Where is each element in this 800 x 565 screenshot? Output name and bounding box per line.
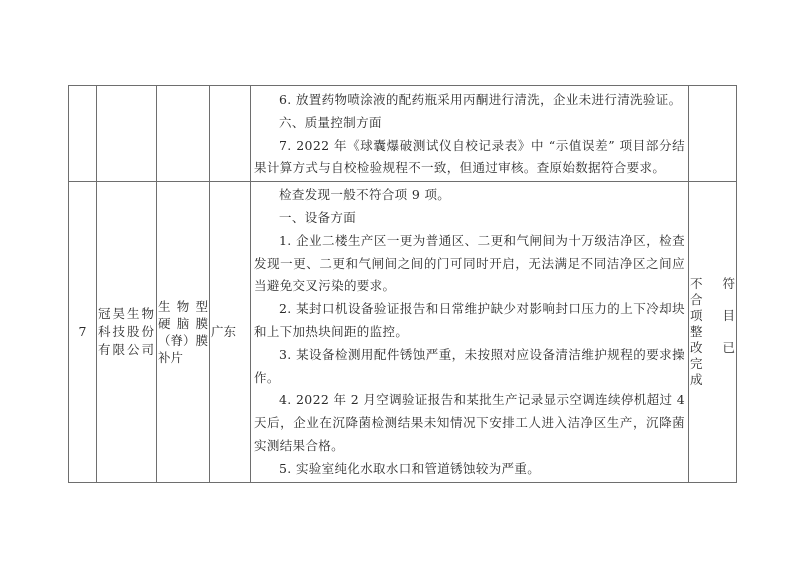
product-line: 生 物 型 [158, 298, 208, 315]
finding-item: 1. 企业二楼生产区一更为普通区、二更和气闸间为十万级洁净区，检查发现一更、二更… [254, 230, 685, 298]
product-line: 补片 [158, 349, 208, 366]
cell-number [69, 86, 97, 182]
finding-item: 7. 2022 年《球囊爆破测试仪自校记录表》中 “示值误差” 项目部分结果计算… [254, 135, 685, 181]
inspection-results-table: 6. 放置药物喷涂液的配药瓶采用丙酮进行清洗，企业未进行清洗验证。 六、质量控制… [68, 85, 737, 483]
status-line: 项 目 整 [690, 308, 735, 340]
status-line: 成 [690, 372, 735, 388]
cell-findings: 检查发现一般不符合项 9 项。 一、设备方面 1. 企业二楼生产区一更为普通区、… [251, 182, 689, 483]
product-line: 硬 脑 膜 [158, 315, 208, 332]
cell-product: 生 物 型 硬 脑 膜 （脊）膜 补片 [157, 182, 210, 483]
finding-section-heading: 一、设备方面 [254, 207, 685, 230]
finding-item: 6. 放置药物喷涂液的配药瓶采用丙酮进行清洗，企业未进行清洗验证。 [254, 89, 685, 112]
finding-section-heading: 六、质量控制方面 [254, 112, 685, 135]
cell-company [97, 86, 157, 182]
cell-status: 不 符 合 项 目 整 改 已 完 成 [689, 182, 737, 483]
status-line: 改 已 完 [690, 340, 735, 372]
product-line: （脊）膜 [158, 332, 208, 349]
finding-item: 3. 某设备检测用配件锈蚀严重，未按照对应设备清洁维护规程的要求操作。 [254, 344, 685, 390]
status-line: 不 符 合 [690, 276, 735, 308]
finding-item: 2. 某封口机设备验证报告和日常维护缺少对影响封口压力的上下冷却块和上下加热块间… [254, 298, 685, 344]
cell-region: 广东 [210, 182, 251, 483]
cell-product [157, 86, 210, 182]
table-row-previous: 6. 放置药物喷涂液的配药瓶采用丙酮进行清洗，企业未进行清洗验证。 六、质量控制… [69, 86, 737, 182]
cell-number: 7 [69, 182, 97, 483]
cell-region [210, 86, 251, 182]
finding-item: 4. 2022 年 2 月空调验证报告和某批生产记录显示空调连续停机超过 4 天… [254, 389, 685, 457]
cell-status [689, 86, 737, 182]
cell-findings: 6. 放置药物喷涂液的配药瓶采用丙酮进行清洗，企业未进行清洗验证。 六、质量控制… [251, 86, 689, 182]
cell-company: 冠昊生物科技股份有限公司 [97, 182, 157, 483]
finding-item: 5. 实验室纯化水取水口和管道锈蚀较为严重。 [254, 458, 685, 481]
finding-summary: 检查发现一般不符合项 9 项。 [254, 184, 685, 207]
table-row-7: 7 冠昊生物科技股份有限公司 生 物 型 硬 脑 膜 （脊）膜 补片 广东 检查… [69, 182, 737, 483]
